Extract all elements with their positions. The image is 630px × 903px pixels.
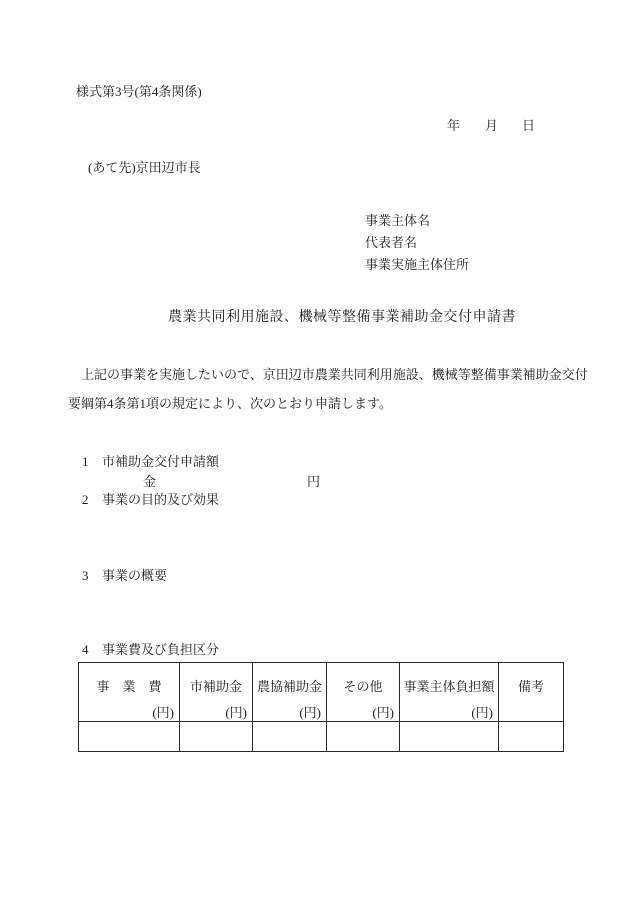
column-unit: (円) — [400, 702, 498, 721]
section-4-heading: 4事業費及び負担区分 — [82, 639, 219, 658]
column-unit: (円) — [327, 702, 399, 721]
applicant-address-label: 事業実施主体住所 — [365, 254, 469, 276]
table-data-cell — [180, 722, 253, 752]
table-header-row: 事 業 費 (円) 市補助金 (円) 農協補助金 (円) その他 (円) 事業主… — [79, 663, 564, 722]
column-label: 事業主体負担額 — [400, 676, 498, 695]
table-header-cell-remarks: 備考 — [499, 663, 564, 722]
table-data-cell — [327, 722, 400, 752]
applicant-entity-name-label: 事業主体名 — [365, 210, 469, 232]
column-label: その他 — [327, 676, 399, 695]
section-2-label: 事業の目的及び効果 — [102, 492, 219, 507]
table-header-cell-ja-subsidy: 農協補助金 (円) — [253, 663, 327, 722]
section-1-label: 市補助金交付申請額 — [102, 454, 219, 469]
section-4-label: 事業費及び負担区分 — [102, 642, 219, 657]
table-data-row — [79, 722, 564, 752]
body-line-1: 上記の事業を実施したいので、京田辺市農業共同利用施設、機械等整備事業補助金交付 — [68, 360, 598, 389]
applicant-representative-label: 代表者名 — [365, 232, 469, 254]
table-header-cell-city-subsidy: 市補助金 (円) — [180, 663, 253, 722]
section-3-label: 事業の概要 — [102, 568, 167, 583]
form-number: 様式第3号(第4条関係) — [76, 81, 202, 100]
table-header-cell-entity-burden: 事業主体負担額 (円) — [400, 663, 499, 722]
section-2-heading: 2事業の目的及び効果 — [82, 489, 219, 508]
section-3-heading: 3事業の概要 — [82, 565, 167, 584]
application-form-page: 様式第3号(第4条関係) 年 月 日 (あて先)京田辺市長 事業主体名 代表者名… — [0, 0, 630, 903]
body-line-2: 要綱第4条第1項の規定により、次のとおり申請します。 — [68, 389, 598, 418]
table-data-cell — [79, 722, 180, 752]
column-label: 市補助金 — [180, 676, 252, 695]
section-3-number: 3 — [82, 568, 102, 584]
column-unit: (円) — [180, 702, 252, 721]
section-4-number: 4 — [82, 642, 102, 658]
date-month-label: 月 — [485, 115, 498, 134]
table-data-cell — [499, 722, 564, 752]
table-data-cell — [400, 722, 499, 752]
document-title: 農業共同利用施設、機械等整備事業補助金交付申請書 — [168, 306, 516, 326]
section-2-number: 2 — [82, 492, 102, 508]
addressee: (あて先)京田辺市長 — [88, 157, 201, 176]
date-year-label: 年 — [447, 115, 460, 134]
body-paragraph: 上記の事業を実施したいので、京田辺市農業共同利用施設、機械等整備事業補助金交付 … — [68, 360, 598, 418]
applicant-block: 事業主体名 代表者名 事業実施主体住所 — [365, 210, 469, 276]
column-unit: (円) — [253, 702, 326, 721]
table-data-cell — [253, 722, 327, 752]
column-label: 農協補助金 — [253, 676, 326, 695]
column-unit: (円) — [79, 702, 179, 721]
table-header-cell-project-cost: 事 業 費 (円) — [79, 663, 180, 722]
amount-prefix-label: 金 — [143, 471, 156, 490]
date-day-label: 日 — [522, 115, 535, 134]
column-label: 備考 — [499, 676, 563, 695]
amount-unit-label: 円 — [307, 471, 320, 490]
table-header-cell-other: その他 (円) — [327, 663, 400, 722]
section-1-heading: 1市補助金交付申請額 — [82, 451, 219, 470]
section-1-number: 1 — [82, 454, 102, 470]
column-label: 事 業 費 — [79, 676, 179, 695]
cost-breakdown-table: 事 業 費 (円) 市補助金 (円) 農協補助金 (円) その他 (円) 事業主… — [78, 662, 564, 752]
